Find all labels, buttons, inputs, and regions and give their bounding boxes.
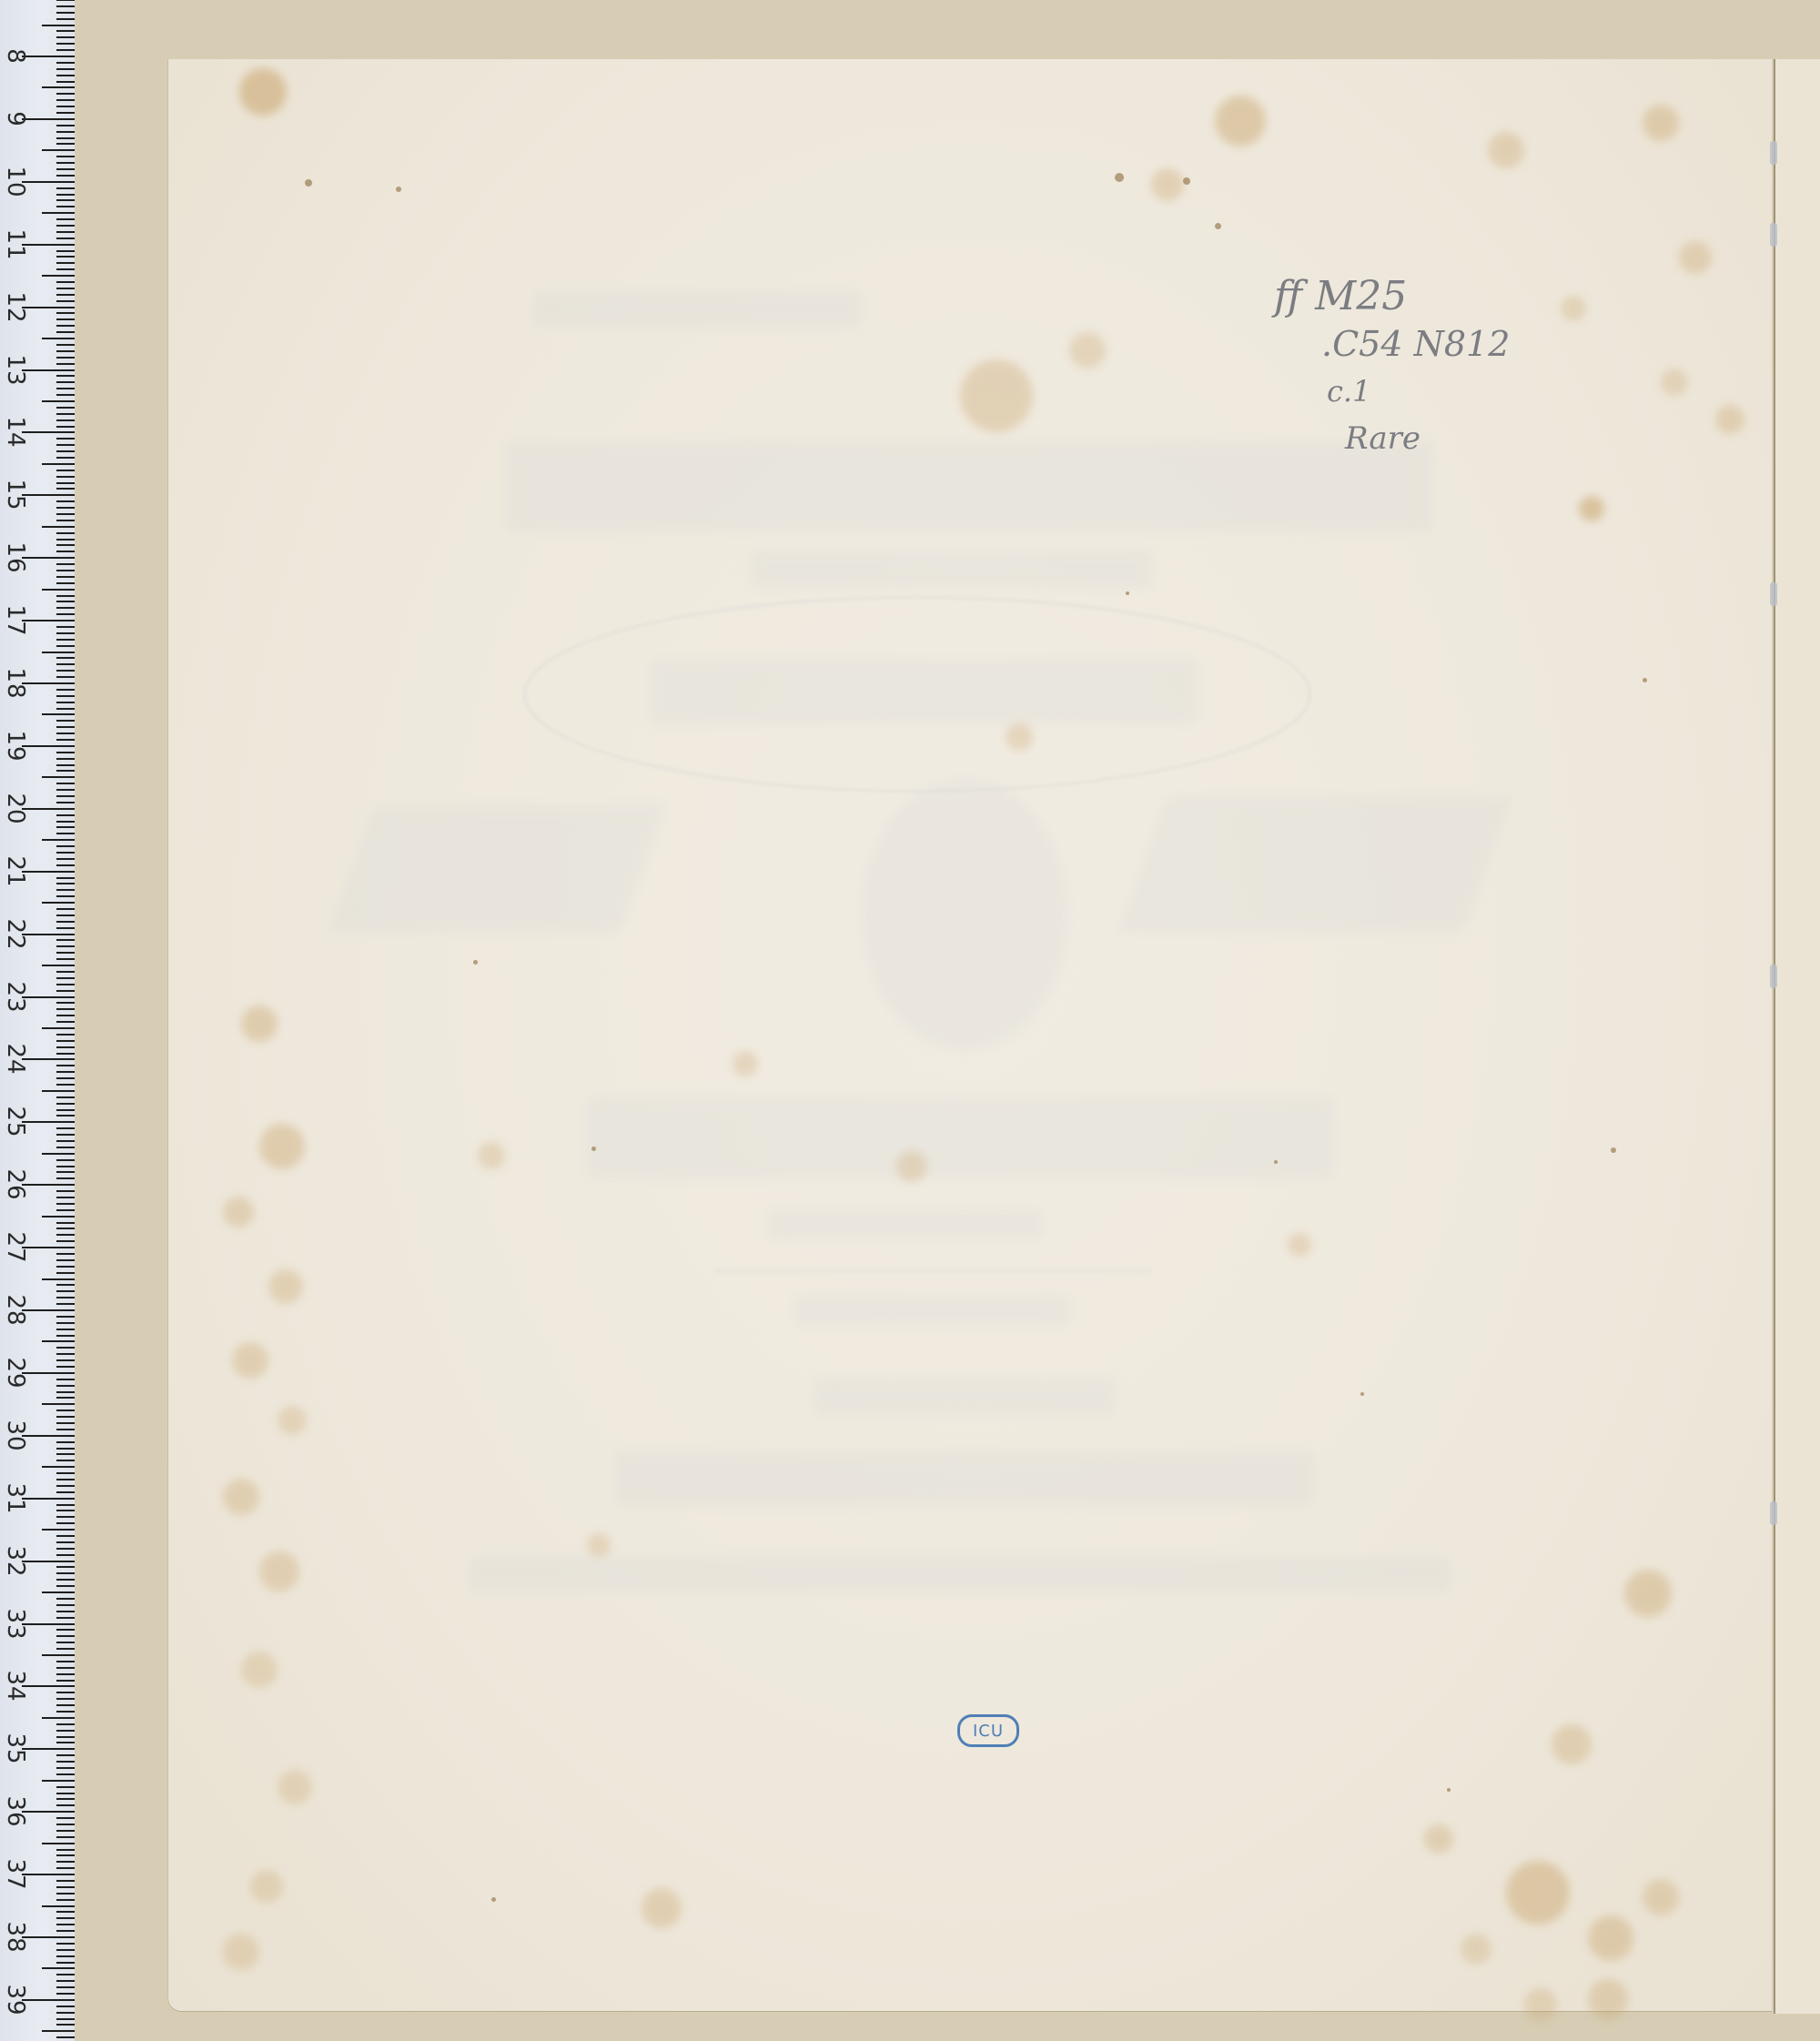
ruler-label: 17 [2, 607, 29, 634]
ruler-tick [56, 1266, 75, 1268]
ruler-tick [56, 1698, 75, 1700]
ruler-label: 27 [2, 1234, 29, 1261]
ruler-tick [56, 626, 75, 628]
foxing-stain [278, 1406, 307, 1435]
ruler-tick [56, 952, 75, 954]
ruler-tick [42, 1466, 75, 1468]
ruler-tick [56, 895, 75, 897]
ruler-tick [56, 381, 75, 383]
ruler-tick [56, 1065, 75, 1066]
ruler-tick [56, 1742, 75, 1743]
ruler-label: 37 [2, 1861, 29, 1888]
ruler-tick [42, 1654, 75, 1656]
ruler-tick [56, 1804, 75, 1806]
ruler-tick [56, 1704, 75, 1706]
foxing-stain [642, 1888, 682, 1928]
specks [1274, 1160, 1278, 1164]
ruler-tick [56, 1071, 75, 1073]
foxing-stain [1288, 1233, 1311, 1257]
ruler-label: 19 [2, 733, 29, 760]
bleed-through-ghost [751, 551, 1151, 587]
ruler-tick [56, 125, 75, 126]
ruler-tick [56, 984, 75, 985]
ruler-label: 29 [2, 1359, 29, 1387]
foxing-stain [1643, 1879, 1679, 1915]
ruler-tick [42, 86, 75, 88]
ruler-tick [56, 1924, 75, 1925]
ruler-tick [22, 1999, 75, 2001]
foxing-stain [1215, 96, 1266, 147]
ruler-tick [56, 1147, 75, 1148]
ruler-tick [56, 1240, 75, 1242]
ruler-label: 13 [2, 357, 29, 384]
ruler-tick [56, 1723, 75, 1725]
ruler-tick [56, 613, 75, 615]
ruler-tick [42, 1278, 75, 1280]
ruler-tick [56, 1830, 75, 1832]
ruler-tick [56, 99, 75, 101]
ruler-tick [56, 1015, 75, 1016]
ruler-tick [56, 268, 75, 270]
ruler-tick [56, 231, 75, 233]
ruler-tick [56, 1711, 75, 1713]
ruler-tick [56, 112, 75, 114]
ruler-tick [56, 331, 75, 333]
ruler-tick [56, 1617, 75, 1619]
ruler-tick [56, 689, 75, 691]
ruler-tick [56, 1103, 75, 1105]
ruler-tick [56, 325, 75, 327]
ruler-label: 33 [2, 1611, 29, 1638]
ruler-tick [56, 1629, 75, 1631]
ruler-tick [56, 576, 75, 578]
ruler-tick [56, 1453, 75, 1455]
ruler-tick [56, 639, 75, 641]
ruler-tick [56, 318, 75, 320]
ruler-tick [56, 1410, 75, 1411]
pencil-call-number: ff M25 .C54 N812 c.1 Rare [1274, 273, 1510, 462]
foxing-stain [1661, 369, 1688, 396]
ruler-tick [56, 1002, 75, 1004]
ruler-tick [56, 1611, 75, 1612]
ruler-tick [56, 927, 75, 929]
ruler-tick [56, 1673, 75, 1675]
foxing-stain [241, 1652, 278, 1688]
ruler-tick [56, 833, 75, 834]
ruler-label: 28 [2, 1297, 29, 1324]
ruler-tick [42, 212, 75, 214]
ruler-tick [22, 682, 75, 684]
ruler-tick [56, 764, 75, 766]
ruler-tick [56, 845, 75, 847]
ruler-tick [56, 1127, 75, 1129]
ruler-tick [56, 1222, 75, 1224]
ruler-tick [56, 1993, 75, 1995]
ruler-tick [56, 68, 75, 70]
foxing-stain [1006, 723, 1033, 751]
foxing-stain [259, 1124, 305, 1169]
ruler-tick [56, 814, 75, 816]
ruler-tick [56, 426, 75, 428]
ruler-tick [56, 1316, 75, 1318]
foxing-stain [1715, 405, 1744, 434]
ruler-tick [56, 357, 75, 359]
ruler-tick [56, 582, 75, 584]
bleed-through-ghost [614, 1451, 1315, 1506]
measurement-ruler: 7891011121314151617181920212223242526272… [0, 0, 75, 2041]
binding-stitch [1770, 965, 1777, 988]
binding-stitch [1770, 1501, 1777, 1525]
ruler-tick [56, 1730, 75, 1732]
ruler-tick [42, 1027, 75, 1029]
ruler-tick [56, 1259, 75, 1261]
ruler-tick [56, 1491, 75, 1493]
specks [591, 1147, 596, 1151]
ruler-tick [56, 676, 75, 678]
ruler-tick [42, 1153, 75, 1155]
ruler-tick [56, 1366, 75, 1368]
ruler-tick [56, 1084, 75, 1086]
ruler-tick [56, 789, 75, 791]
foxing-stain [1679, 241, 1712, 274]
ruler-label: 9 [2, 106, 29, 133]
ruler-tick [56, 444, 75, 446]
ruler-tick [56, 2024, 75, 2026]
foxing-stain [1579, 496, 1604, 521]
ruler-tick [56, 1535, 75, 1537]
ruler-tick [22, 1121, 75, 1123]
ruler-label: 34 [2, 1672, 29, 1700]
ruler-tick [56, 1861, 75, 1863]
ruler-tick [56, 1849, 75, 1851]
ruler-tick [56, 877, 75, 879]
ruler-tick [56, 1962, 75, 1964]
ruler-tick [56, 1303, 75, 1305]
ruler-tick [56, 1667, 75, 1669]
ruler-tick [56, 883, 75, 884]
specks [1611, 1147, 1616, 1153]
bleed-through-ghost [814, 1379, 1115, 1415]
ruler-tick [56, 49, 75, 51]
ruler-tick [56, 513, 75, 515]
ruler-tick [42, 463, 75, 465]
ruler-label: 12 [2, 294, 29, 321]
ruler-tick [56, 1359, 75, 1361]
ruler-tick [56, 1284, 75, 1286]
foxing-stain [1588, 1915, 1633, 1961]
ruler-tick [42, 839, 75, 841]
foxing-stain [250, 1870, 283, 1903]
ruler-tick [56, 482, 75, 484]
ruler-label: 18 [2, 670, 29, 697]
ruler-tick [56, 350, 75, 352]
ruler-tick [56, 1253, 75, 1255]
ruler-tick [22, 369, 75, 371]
ruler-label: 38 [2, 1924, 29, 1951]
ruler-tick [56, 1197, 75, 1198]
ruler-label: 30 [2, 1422, 29, 1450]
ruler-tick [56, 250, 75, 252]
ruler-tick [56, 137, 75, 139]
call-number-rare: Rare [1345, 415, 1510, 462]
ruler-tick [56, 1472, 75, 1474]
ruler-tick [42, 275, 75, 277]
ruler-label: 35 [2, 1735, 29, 1763]
ruler-tick [56, 695, 75, 697]
ruler-tick [56, 1203, 75, 1205]
ruler-tick [56, 1159, 75, 1161]
ruler-tick [56, 12, 75, 14]
ruler-tick [56, 1166, 75, 1167]
ruler-tick [56, 1648, 75, 1650]
foxing-stain [896, 1151, 927, 1182]
ruler-tick [56, 256, 75, 258]
ruler-tick [56, 1504, 75, 1506]
ruler-tick [56, 288, 75, 289]
ruler-tick [56, 500, 75, 502]
ruler-tick [56, 394, 75, 396]
ruler-tick [56, 1516, 75, 1518]
ruler-tick [56, 1021, 75, 1023]
ruler-tick [56, 657, 75, 659]
foxing-stain [223, 1197, 254, 1228]
foxing-stain [1588, 1979, 1628, 2019]
foxing-stain [1461, 1934, 1491, 1965]
ruler-tick [56, 1322, 75, 1324]
foxing-stain [1552, 1724, 1592, 1764]
ruler-tick [56, 438, 75, 440]
bleed-through-ghost [532, 291, 860, 328]
specks [1447, 1788, 1451, 1792]
ruler-tick [22, 557, 75, 559]
ruler-tick [56, 1485, 75, 1487]
ruler-tick [56, 921, 75, 923]
ruler-tick [56, 670, 75, 672]
ruler-tick [56, 551, 75, 552]
ruler-tick [22, 431, 75, 433]
bleed-through-ghost [1117, 796, 1513, 933]
ruler-tick [22, 181, 75, 183]
ruler-label: 20 [2, 795, 29, 823]
ruler-tick [22, 1748, 75, 1750]
ruler-tick [42, 652, 75, 653]
ruler-tick [22, 1435, 75, 1437]
ruler-tick [56, 43, 75, 45]
ruler-label: 24 [2, 1046, 29, 1073]
ruler-tick [56, 225, 75, 227]
ruler-tick [56, 864, 75, 866]
ruler-tick [56, 1572, 75, 1574]
ruler-tick [56, 0, 75, 1]
call-number-line-2: .C54 N812 [1321, 320, 1510, 368]
ruler-tick [42, 589, 75, 591]
ruler-tick [56, 2018, 75, 2020]
ruler-tick [56, 1761, 75, 1763]
ruler-tick [56, 908, 75, 910]
ruler-tick [56, 457, 75, 459]
foxing-stain [223, 1934, 259, 1970]
ruler-tick [56, 720, 75, 722]
specks [1115, 173, 1124, 182]
ruler-tick [56, 1899, 75, 1901]
ruler-label: 22 [2, 921, 29, 948]
ruler-tick [22, 1623, 75, 1625]
ruler-tick [56, 1541, 75, 1543]
ruler-tick [56, 632, 75, 634]
ruler-tick [56, 945, 75, 947]
ruler-tick [56, 858, 75, 860]
ruler-tick [56, 544, 75, 546]
ruler-tick [22, 996, 75, 998]
ruler-tick [56, 532, 75, 534]
ruler-tick [56, 958, 75, 960]
foxing-stain [1151, 168, 1184, 201]
ruler-tick [56, 450, 75, 452]
ruler-tick [56, 1008, 75, 1010]
ruler-tick [56, 783, 75, 784]
ruler-tick [56, 539, 75, 541]
foxing-stain [232, 1342, 268, 1379]
bleed-through-ghost [769, 1210, 1042, 1238]
ruler-tick [22, 1561, 75, 1562]
ruler-tick [56, 1585, 75, 1587]
ruler-tick [22, 1247, 75, 1248]
ruler-tick [56, 795, 75, 797]
ruler-tick [56, 1824, 75, 1825]
specks [1215, 223, 1221, 229]
ruler-tick [56, 520, 75, 521]
ruler-tick [56, 312, 75, 314]
ruler-tick [56, 156, 75, 157]
ruler-tick [56, 344, 75, 346]
ruler-tick [56, 363, 75, 365]
ruler-tick [56, 1986, 75, 1988]
foxing-stain [1624, 1570, 1672, 1617]
ruler-tick [56, 1880, 75, 1882]
ruler-tick [56, 1930, 75, 1932]
ruler-label: 31 [2, 1485, 29, 1512]
ruler-tick [56, 1974, 75, 1975]
ruler-tick [42, 1717, 75, 1719]
ruler-tick [56, 93, 75, 95]
foxing-stain [1561, 296, 1586, 321]
ruler-tick [56, 168, 75, 170]
ruler-tick [56, 1171, 75, 1173]
ruler-tick [56, 990, 75, 992]
ruler-tick [56, 1140, 75, 1142]
ruler-tick [22, 1685, 75, 1687]
ruler-tick [56, 1798, 75, 1800]
ruler-tick [42, 902, 75, 904]
ruler-tick [42, 1340, 75, 1342]
ruler-tick [56, 852, 75, 854]
ruler-tick [56, 199, 75, 201]
ruler-tick [56, 62, 75, 64]
ruler-tick [56, 1635, 75, 1637]
ruler-tick [56, 1548, 75, 1550]
ruler-tick [56, 889, 75, 891]
foxing-stain [268, 1269, 303, 1304]
ruler-tick [56, 1272, 75, 1274]
specks [1126, 591, 1129, 595]
ruler-tick [22, 56, 75, 57]
library-stamp: ICU [957, 1714, 1019, 1747]
ruler-tick [56, 18, 75, 20]
ruler-tick [42, 965, 75, 966]
foxing-stain [1069, 332, 1106, 369]
ruler-tick [56, 2012, 75, 2014]
ruler-tick [56, 1397, 75, 1399]
ruler-tick [22, 934, 75, 935]
ruler-tick [56, 1911, 75, 1913]
ruler-tick [56, 407, 75, 409]
specks [491, 1897, 496, 1902]
ruler-tick [56, 1692, 75, 1693]
ruler-tick [56, 739, 75, 741]
ruler-tick [56, 1429, 75, 1430]
ruler-label: 7 [2, 0, 29, 7]
ruler-tick [56, 106, 75, 107]
ruler-tick [56, 1604, 75, 1606]
ruler-tick [22, 871, 75, 873]
ruler-tick [56, 1867, 75, 1869]
ruler-label: 16 [2, 544, 29, 571]
ruler-tick [56, 1234, 75, 1236]
foxing-stain [733, 1051, 758, 1076]
ruler-label: 14 [2, 419, 29, 446]
ruler-tick [56, 563, 75, 565]
ruler-tick [56, 752, 75, 753]
ruler-tick [56, 1955, 75, 1957]
ruler-tick [56, 1329, 75, 1330]
ruler-tick [42, 400, 75, 402]
ruler-tick [42, 1591, 75, 1593]
ruler-tick [56, 1460, 75, 1461]
binding-stitch [1770, 582, 1777, 606]
bleed-through-ghost [587, 1096, 1333, 1178]
ruler-tick [56, 81, 75, 83]
ruler-tick [56, 1228, 75, 1229]
ruler-tick [56, 1949, 75, 1951]
ruler-tick [42, 1090, 75, 1092]
ruler-tick [42, 1905, 75, 1907]
ruler-tick [22, 1874, 75, 1875]
ruler-tick [42, 2030, 75, 2032]
ruler-tick [56, 1510, 75, 1511]
ruler-tick [56, 488, 75, 490]
ruler-label: 25 [2, 1108, 29, 1136]
ruler-tick [56, 2006, 75, 2007]
ruler-tick [56, 1391, 75, 1393]
ruler-tick [56, 476, 75, 478]
ruler-tick [56, 1836, 75, 1838]
ruler-tick [56, 143, 75, 145]
ruler-tick [56, 1209, 75, 1211]
ruler-tick [56, 1817, 75, 1819]
ruler-tick [56, 1854, 75, 1856]
ruler-tick [56, 939, 75, 941]
ruler-tick [42, 1843, 75, 1844]
specks [396, 187, 401, 192]
ruler-tick [56, 1335, 75, 1337]
ruler-tick [56, 187, 75, 189]
facing-page-strip [1774, 59, 1820, 2014]
ruler-tick [22, 1058, 75, 1060]
ruler-tick [56, 1053, 75, 1055]
ruler-tick [56, 1642, 75, 1643]
foxing-stain [278, 1770, 312, 1804]
ruler-tick [22, 307, 75, 308]
